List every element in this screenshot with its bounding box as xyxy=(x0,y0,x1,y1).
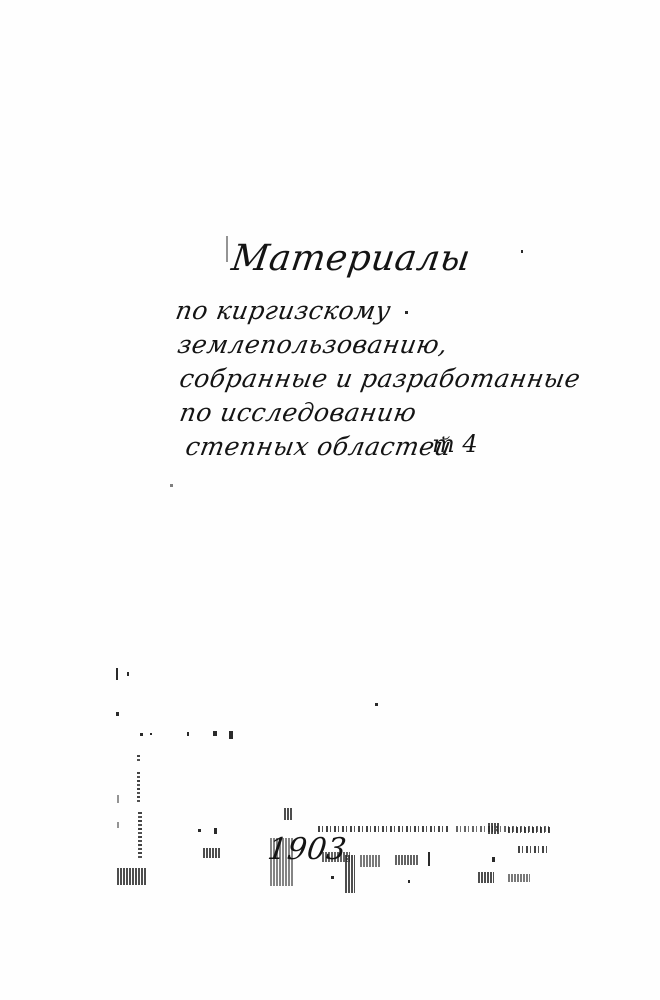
scan-speck xyxy=(170,484,173,487)
scan-noise xyxy=(137,755,140,763)
subtitle-line-4: по исследованию xyxy=(177,398,418,427)
subtitle-line-2: землепользованию, xyxy=(175,330,450,359)
document-title: Материалы xyxy=(229,238,473,279)
scan-speck xyxy=(331,876,334,879)
scan-noise-strip xyxy=(518,846,548,853)
scan-noise xyxy=(117,868,147,885)
scan-noise xyxy=(478,872,494,883)
scan-speck xyxy=(117,795,119,803)
volume-number: т 4 xyxy=(432,430,478,458)
scan-noise xyxy=(345,855,355,893)
scan-noise xyxy=(203,848,221,858)
scan-noise xyxy=(360,855,380,867)
scan-noise xyxy=(284,808,292,820)
scan-speck xyxy=(229,731,233,739)
scan-noise-strip xyxy=(508,827,550,833)
scan-speck xyxy=(116,668,118,680)
scan-speck xyxy=(521,250,523,253)
subtitle-line-5: степных областей xyxy=(183,432,453,461)
scan-noise xyxy=(138,812,142,858)
subtitle-line-1: по киргизскому xyxy=(173,296,393,325)
scan-speck xyxy=(214,828,217,834)
scan-speck xyxy=(187,732,189,736)
scan-speck xyxy=(428,852,430,866)
scan-noise xyxy=(488,823,500,834)
scan-noise xyxy=(137,772,140,802)
scan-speck xyxy=(492,857,495,862)
scan-speck xyxy=(117,822,119,828)
scan-speck xyxy=(226,236,228,262)
scan-speck xyxy=(198,829,201,832)
scan-speck xyxy=(408,880,410,883)
scan-speck xyxy=(127,672,129,676)
scan-speck xyxy=(150,733,152,735)
subtitle-line-3: собранные и разработанные xyxy=(177,364,582,393)
scan-speck xyxy=(140,733,143,736)
scan-noise xyxy=(508,874,530,882)
scan-speck xyxy=(116,712,119,716)
scanned-title-page: Материалы по киргизскому землепользовани… xyxy=(0,0,660,1000)
scan-noise xyxy=(395,855,419,865)
scan-speck xyxy=(405,311,408,314)
scan-speck xyxy=(213,731,217,736)
publication-year: 1903 xyxy=(266,832,349,867)
scan-speck xyxy=(375,703,378,706)
